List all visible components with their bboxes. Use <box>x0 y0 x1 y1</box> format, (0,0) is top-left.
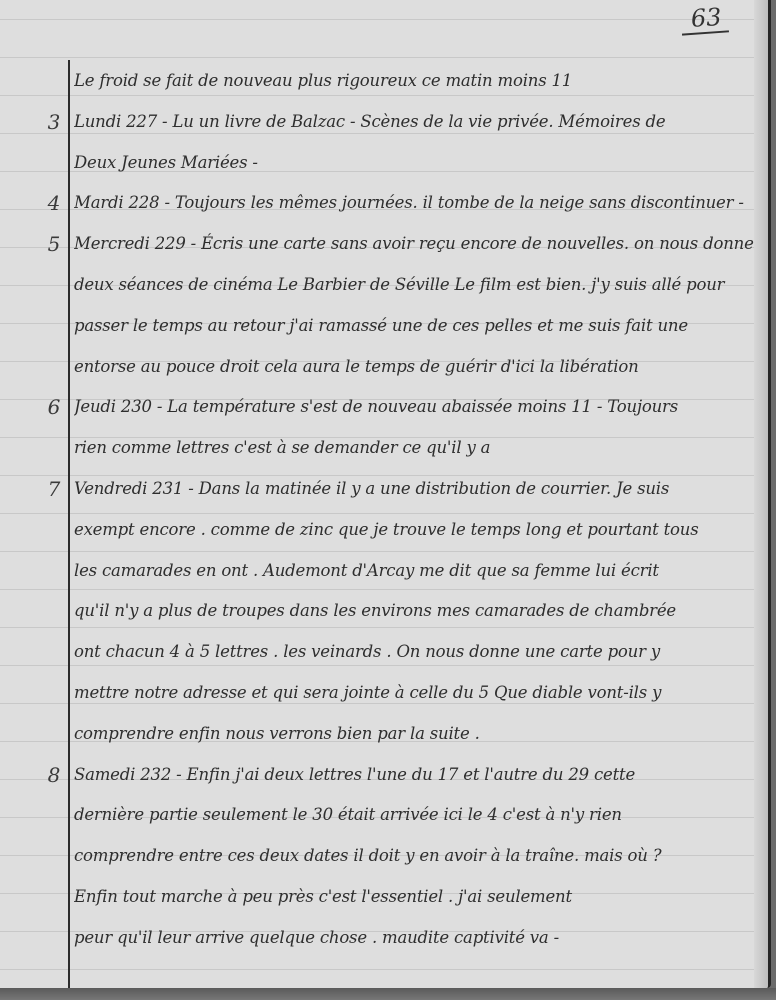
diary-line: Mercredi 229 - Écris une carte sans avoi… <box>74 225 754 263</box>
diary-line: passer le temps au retour j'ai ramassé u… <box>74 307 754 345</box>
diary-line: rien comme lettres c'est à se demander c… <box>74 429 754 467</box>
diary-line: les camarades en ont . Audemont d'Arcay … <box>74 552 754 590</box>
diary-line: Le froid se fait de nouveau plus rigoure… <box>74 62 754 100</box>
diary-line: Mardi 228 - Toujours les mêmes journées.… <box>74 184 754 222</box>
margin-line <box>68 60 70 988</box>
day-number: 6 <box>44 388 64 426</box>
diary-line: comprendre entre ces deux dates il doit … <box>74 837 754 875</box>
diary-line: qu'il n'y a plus de troupes dans les env… <box>74 592 754 630</box>
diary-line: ont chacun 4 à 5 lettres . les veinards … <box>74 633 754 671</box>
diary-line: Enfin tout marche à peu près c'est l'ess… <box>74 878 754 916</box>
page-number: 63 <box>680 2 729 35</box>
day-number: 7 <box>44 470 64 508</box>
diary-page: 63 Le froid se fait de nouveau plus rigo… <box>0 0 771 988</box>
page-edge <box>754 0 768 988</box>
diary-line: entorse au pouce droit cela aura le temp… <box>74 348 754 386</box>
day-number: 3 <box>44 103 64 141</box>
diary-line: Jeudi 230 - La température s'est de nouv… <box>74 388 754 426</box>
diary-line: exempt encore . comme de zinc que je tro… <box>74 511 754 549</box>
diary-line: Deux Jeunes Mariées - <box>74 144 754 182</box>
day-number: 5 <box>44 225 64 263</box>
diary-line: comprendre enfin nous verrons bien par l… <box>74 715 754 753</box>
diary-line: Vendredi 231 - Dans la matinée il y a un… <box>74 470 754 508</box>
diary-line: dernière partie seulement le 30 était ar… <box>74 796 754 834</box>
day-number: 8 <box>44 756 64 794</box>
diary-line: peur qu'il leur arrive quelque chose . m… <box>74 919 754 957</box>
scan-shadow <box>0 988 776 1000</box>
diary-line: Lundi 227 - Lu un livre de Balzac - Scèn… <box>74 103 754 141</box>
diary-line: mettre notre adresse et qui sera jointe … <box>74 674 754 712</box>
diary-line: deux séances de cinéma Le Barbier de Sév… <box>74 266 754 304</box>
diary-line: Samedi 232 - Enfin j'ai deux lettres l'u… <box>74 756 754 794</box>
day-number: 4 <box>44 184 64 222</box>
